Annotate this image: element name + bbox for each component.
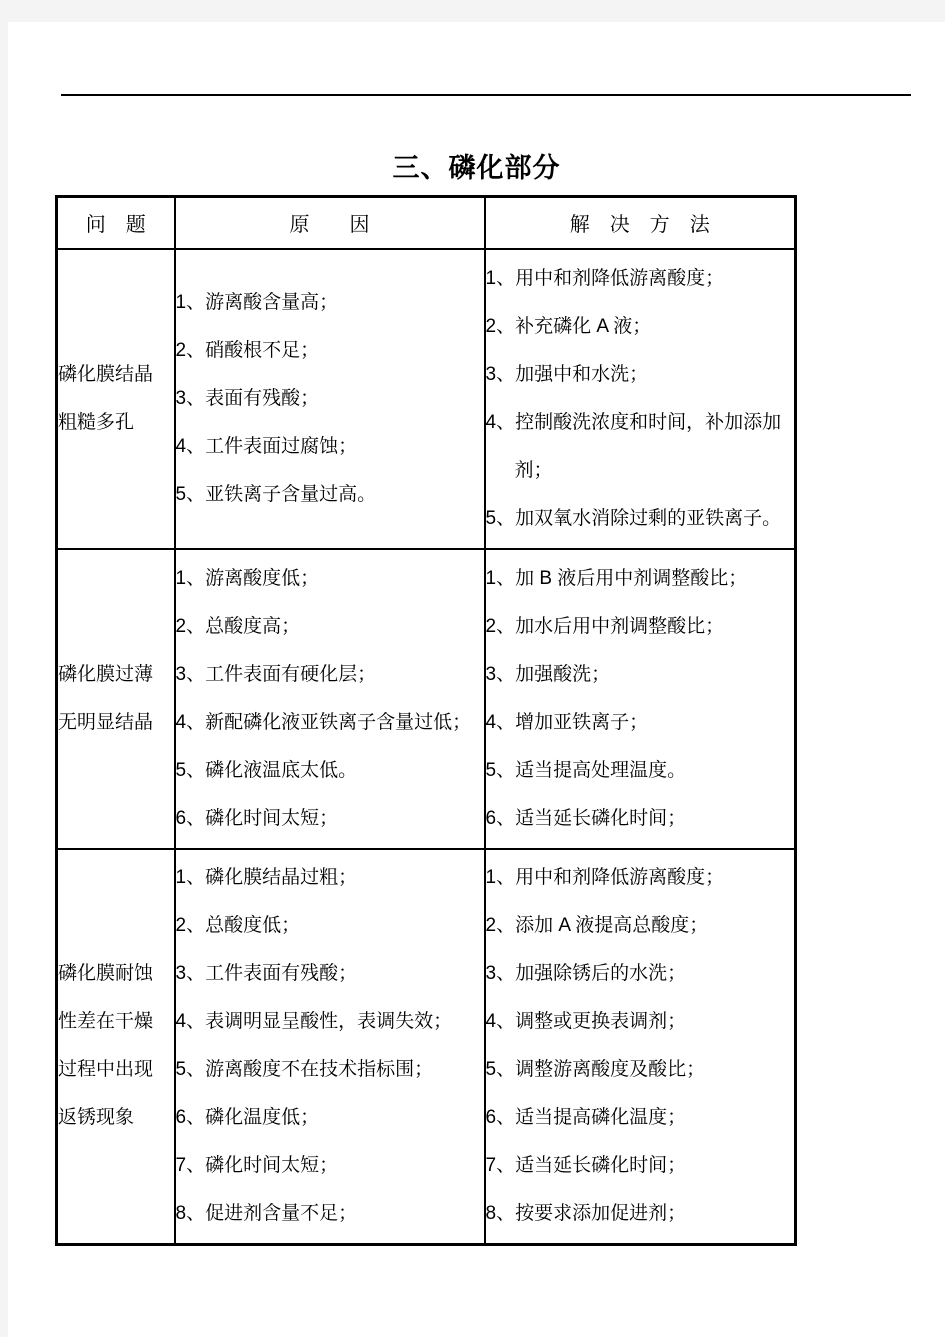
solution-item: 1、用中和剂降低游离酸度；: [486, 854, 795, 902]
cause-item: 4、表调明显呈酸性，表调失效；: [176, 998, 484, 1046]
problem-line: 磷化膜耐蚀: [58, 950, 174, 998]
solution-item: 6、适当延长磷化时间；: [486, 795, 795, 843]
cause-item: 1、游离酸含量高；: [176, 279, 484, 327]
problem-line: 性差在干燥: [58, 998, 174, 1046]
column-header-solution: 解 决 方 法: [485, 197, 796, 249]
cause-item: 2、总酸度低；: [176, 902, 484, 950]
cause-item: 3、表面有残酸；: [176, 375, 484, 423]
solution-item: 3、加强酸洗；: [486, 651, 795, 699]
cause-cell: 1、磷化膜结晶过粗；2、总酸度低；3、工件表面有残酸；4、表调明显呈酸性，表调失…: [175, 849, 485, 1245]
solution-item: 3、加强除锈后的水洗；: [486, 950, 795, 998]
solution-item: 4、控制酸洗浓度和时间，补加添加剂；: [486, 399, 795, 495]
cause-cell: 1、游离酸度低；2、总酸度高；3、工件表面有硬化层；4、新配磷化液亚铁离子含量过…: [175, 549, 485, 849]
column-header-cause: 原 因: [175, 197, 485, 249]
cause-item: 6、磷化温度低；: [176, 1094, 484, 1142]
problem-cell: 磷化膜耐蚀性差在干燥过程中出现返锈现象: [57, 849, 175, 1245]
solution-item: 1、加 B 液后用中剂调整酸比；: [486, 555, 795, 603]
solution-item: 5、加双氧水消除过剩的亚铁离子。: [486, 495, 795, 543]
cause-item: 8、促进剂含量不足；: [176, 1190, 484, 1238]
solution-item: 1、用中和剂降低游离酸度；: [486, 255, 795, 303]
problem-line: 粗糙多孔: [58, 399, 174, 447]
solution-item: 4、调整或更换表调剂；: [486, 998, 795, 1046]
solution-item: 5、适当提高处理温度。: [486, 747, 795, 795]
cause-item: 5、磷化液温底太低。: [176, 747, 484, 795]
solution-item: 5、调整游离酸度及酸比；: [486, 1046, 795, 1094]
table-row: 磷化膜结晶粗糙多孔 1、游离酸含量高；2、硝酸根不足；3、表面有残酸；4、工件表…: [57, 249, 796, 549]
cause-item: 1、游离酸度低；: [176, 555, 484, 603]
problem-line: 无明显结晶: [58, 699, 174, 747]
problem-line: 返锈现象: [58, 1094, 174, 1142]
cause-item: 7、磷化时间太短；: [176, 1142, 484, 1190]
solution-item: 6、适当提高磷化温度；: [486, 1094, 795, 1142]
cause-item: 5、亚铁离子含量过高。: [176, 471, 484, 519]
problem-cell: 磷化膜过薄无明显结晶: [57, 549, 175, 849]
problem-line: 过程中出现: [58, 1046, 174, 1094]
document-page: 三、磷化部分 问 题 原 因 解 决 方 法 磷化膜结晶粗糙多孔 1、游离酸含量…: [8, 22, 945, 1337]
solution-item: 2、补充磷化 A 液；: [486, 303, 795, 351]
solution-cell: 1、加 B 液后用中剂调整酸比；2、加水后用中剂调整酸比；3、加强酸洗；4、增加…: [485, 549, 796, 849]
solution-item: 8、按要求添加促进剂；: [486, 1190, 795, 1238]
cause-item: 4、工件表面过腐蚀；: [176, 423, 484, 471]
cause-cell: 1、游离酸含量高；2、硝酸根不足；3、表面有残酸；4、工件表面过腐蚀；5、亚铁离…: [175, 249, 485, 549]
solution-cell: 1、用中和剂降低游离酸度；2、添加 A 液提高总酸度；3、加强除锈后的水洗；4、…: [485, 849, 796, 1245]
solution-item: 7、适当延长磷化时间；: [486, 1142, 795, 1190]
problem-line: 磷化膜过薄: [58, 651, 174, 699]
problem-line: 磷化膜结晶: [58, 351, 174, 399]
page-title: 三、磷化部分: [8, 152, 945, 184]
table-row: 磷化膜过薄无明显结晶 1、游离酸度低；2、总酸度高；3、工件表面有硬化层；4、新…: [57, 549, 796, 849]
table-row: 磷化膜耐蚀性差在干燥过程中出现返锈现象 1、磷化膜结晶过粗；2、总酸度低；3、工…: [57, 849, 796, 1245]
cause-item: 3、工件表面有硬化层；: [176, 651, 484, 699]
column-header-problem: 问 题: [57, 197, 175, 249]
problem-cell: 磷化膜结晶粗糙多孔: [57, 249, 175, 549]
cause-item: 4、新配磷化液亚铁离子含量过低；: [176, 699, 484, 747]
solution-item: 3、加强中和水洗；: [486, 351, 795, 399]
cause-item: 2、总酸度高；: [176, 603, 484, 651]
table-header-row: 问 题 原 因 解 决 方 法: [57, 197, 796, 249]
solution-cell: 1、用中和剂降低游离酸度；2、补充磷化 A 液；3、加强中和水洗；4、控制酸洗浓…: [485, 249, 796, 549]
troubleshooting-table: 问 题 原 因 解 决 方 法 磷化膜结晶粗糙多孔 1、游离酸含量高；2、硝酸根…: [55, 195, 797, 1246]
cause-item: 6、磷化时间太短；: [176, 795, 484, 843]
solution-item: 2、添加 A 液提高总酸度；: [486, 902, 795, 950]
cause-item: 3、工件表面有残酸；: [176, 950, 484, 998]
solution-item: 2、加水后用中剂调整酸比；: [486, 603, 795, 651]
cause-item: 1、磷化膜结晶过粗；: [176, 854, 484, 902]
solution-item: 4、增加亚铁离子；: [486, 699, 795, 747]
header-rule: [61, 94, 911, 96]
cause-item: 2、硝酸根不足；: [176, 327, 484, 375]
cause-item: 5、游离酸度不在技术指标围；: [176, 1046, 484, 1094]
